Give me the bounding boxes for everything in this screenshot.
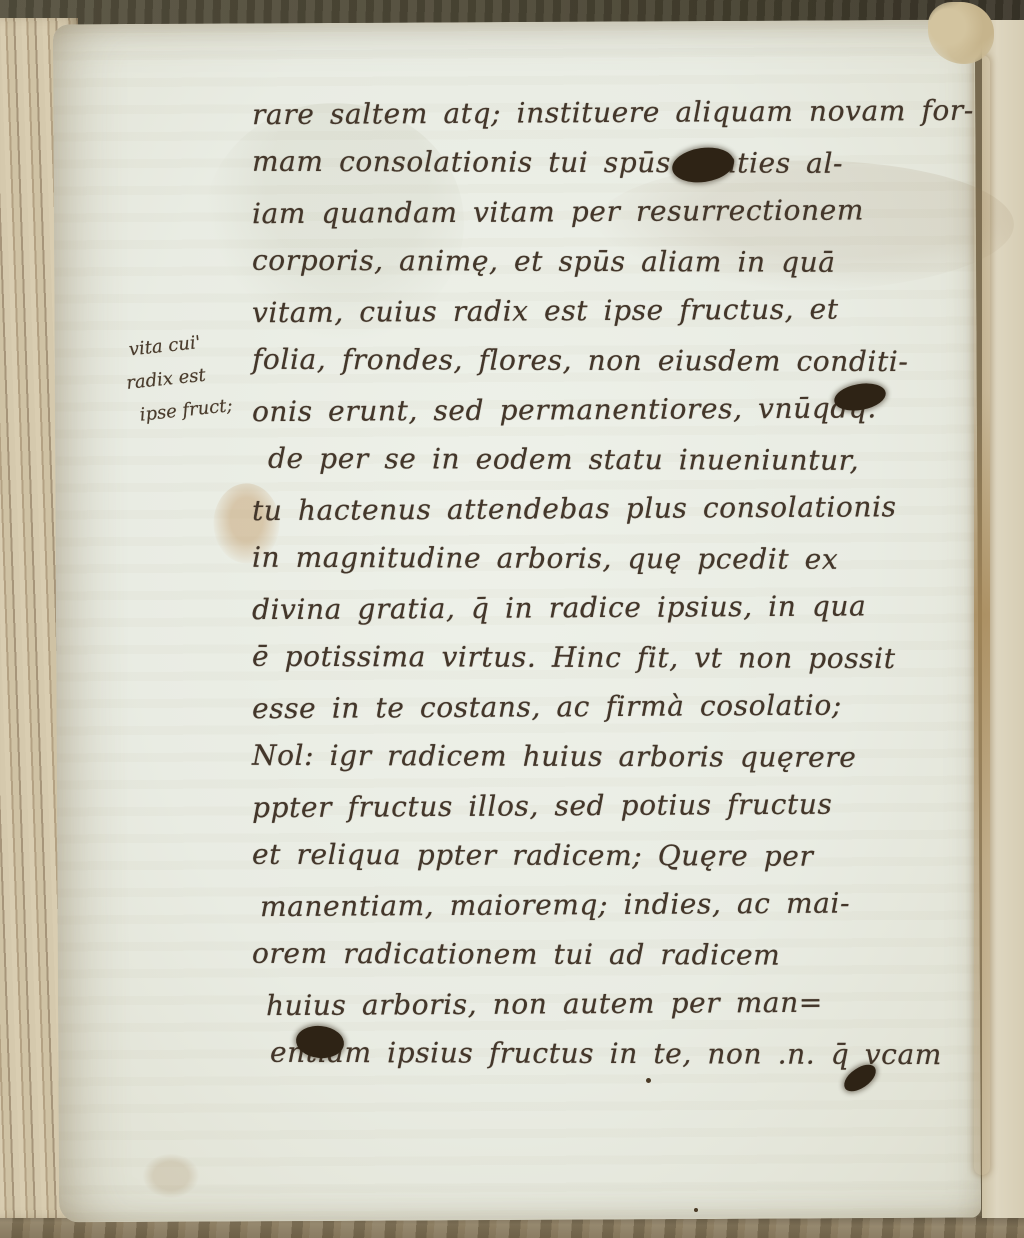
manuscript-line: ē potissima virtus. Hinc fit, vt non pos… — [252, 631, 964, 683]
manuscript-line: huius arboris, non autem per man= — [266, 977, 964, 1031]
manuscript-line: de per se in eodem statu inueniuntur, — [268, 433, 964, 485]
manuscript-line: in magnitudine arboris, quę pcedit ex — [252, 532, 964, 584]
manuscript-line: rare saltem atq; instituere aliquam nova… — [252, 86, 964, 140]
manuscript-line: vitam, cuius radix est ipse fructus, et — [252, 284, 964, 338]
manuscript-line: corporis, animę, et spūs aliam in quā — [252, 235, 964, 287]
page-crease — [974, 55, 990, 1175]
paper-stain — [143, 1154, 199, 1198]
manuscript-line: manentiam, maioremq; indies, ac mai- — [260, 878, 964, 932]
manuscript-line: orem radicationem tui ad radicem — [252, 928, 964, 980]
ink-speck — [694, 1208, 698, 1212]
manuscript-line: divina gratia, q̄ in radice ipsius, in q… — [252, 581, 964, 635]
manuscript-photo: vita cui' radix est ipse fruct; rare sal… — [0, 0, 1024, 1238]
manuscript-line: tu hactenus attendebas plus consolationi… — [252, 482, 964, 536]
ink-speck — [646, 1078, 651, 1083]
manuscript-line: folia, frondes, flores, non eiusdem cond… — [252, 334, 964, 386]
manuscript-line: et reliqua ppter radicem; Quęre per — [252, 829, 964, 881]
manuscript-line: esse in te costans, ac firmà cosolatio; — [252, 680, 964, 734]
manuscript-line: iam quandam vitam per resurrectionem — [252, 185, 964, 239]
manuscript-line: mam consolationis tui spūs senties al- — [252, 136, 964, 188]
manuscript-line: Nol: igr radicem huius arboris quęrere — [252, 730, 964, 782]
handwritten-text: rare saltem atq; instituere aliquam nova… — [252, 88, 964, 1078]
manuscript-line: ppter fructus illos, sed potius fructus — [252, 779, 964, 833]
